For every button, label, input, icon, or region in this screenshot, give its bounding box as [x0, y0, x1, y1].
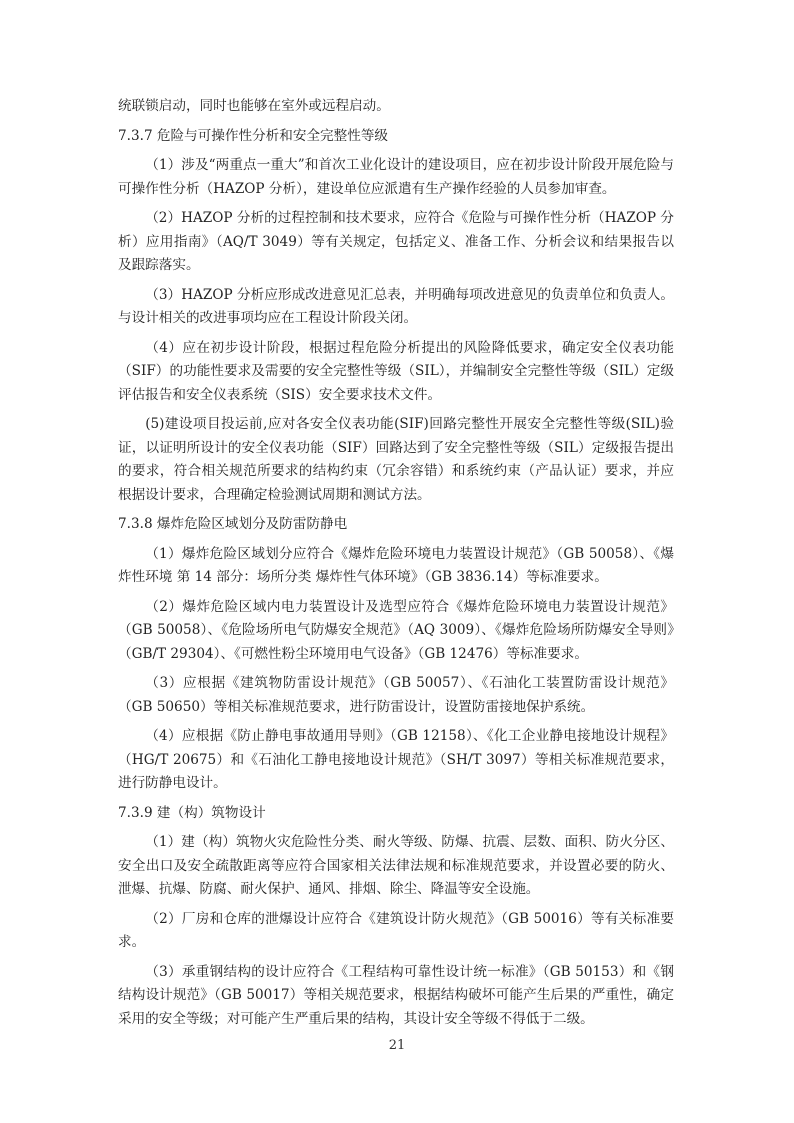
section-heading-7-3-9: 7.3.9 建（构）筑物设计 — [118, 802, 674, 826]
paragraph: （4）应根据《防止静电事故通用导则》（GB 12158）、《化工企业静电接地设计… — [118, 725, 674, 796]
paragraph: （1）爆炸危险区域划分应符合《爆炸危险环境电力装置设计规范》（GB 50058）… — [118, 543, 674, 590]
section-heading-7-3-7: 7.3.7 危险与可操作性分析和安全完整性等级 — [118, 125, 674, 149]
paragraph: （1）建（构）筑物火灾危险性分类、耐火等级、防爆、抗震、层数、面积、防火分区、安… — [118, 831, 674, 902]
paragraph: （4）应在初步设计阶段，根据过程危险分析提出的风险降低要求，确定安全仪表功能（S… — [118, 337, 674, 408]
page-number: 21 — [0, 1038, 794, 1053]
continuation-text: 统联锁启动，同时也能够在室外或远程启动。 — [118, 95, 674, 119]
paragraph: （2）厂房和仓库的泄爆设计应符合《建筑设计防火规范》（GB 50016）等有关标… — [118, 908, 674, 955]
section-heading-7-3-8: 7.3.8 爆炸危险区域划分及防雷防静电 — [118, 513, 674, 537]
paragraph: （2）爆炸危险区域内电力装置设计及选型应符合《爆炸危险环境电力装置设计规范》（G… — [118, 596, 674, 667]
paragraph: （1）涉及“两重点一重大”和首次工业化设计的建设项目，应在初步设计阶段开展危险与… — [118, 154, 674, 201]
paragraph: （3）承重钢结构的设计应符合《工程结构可靠性设计统一标准》（GB 50153）和… — [118, 961, 674, 1032]
paragraph: （2）HAZOP 分析的过程控制和技术要求，应符合《危险与可操作性分析（HAZO… — [118, 207, 674, 278]
document-body: 统联锁启动，同时也能够在室外或远程启动。 7.3.7 危险与可操作性分析和安全完… — [118, 95, 674, 1037]
paragraph: （3）HAZOP 分析应形成改进意见汇总表，并明确每项改进意见的负责单位和负责人… — [118, 284, 674, 331]
paragraph: (5)建设项目投运前,应对各安全仪表功能(SIF)回路完整性开展安全完整性等级(… — [118, 413, 674, 507]
paragraph: （3）应根据《建筑物防雷设计规范》（GB 50057）、《石油化工装置防雷设计规… — [118, 672, 674, 719]
